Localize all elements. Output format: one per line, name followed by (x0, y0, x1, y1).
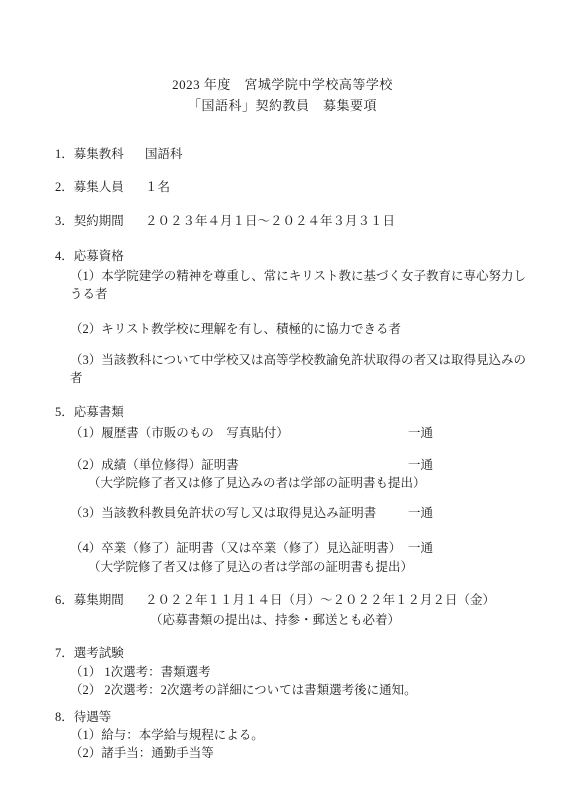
document-item-3: （3）当該教科教員免許状の写し又は取得見込み証明書 一通 (70, 504, 535, 522)
field-application-period: 6．募集期間 ２０２２年１１月１４日（月）～２０２２年１２月２日（金） (55, 591, 535, 609)
field-recruiting-subject-label: 1．募集教科 (55, 145, 145, 163)
field-application-period-label: 6．募集期間 (55, 591, 145, 609)
document-item-1: （1）履歴書（市販のもの 写真貼付） 一通 (70, 424, 535, 442)
field-application-period-value: ２０２２年１１月１４日（月）～２０２２年１２月２日（金） (145, 591, 535, 609)
document-item-4-note: （大学院修了者又は修了見込の者は学部の証明書も提出） (88, 558, 535, 576)
document-item-4-text: （4）卒業（修了）証明書（又は卒業（修了）見込証明書） (70, 541, 401, 555)
section-selection-heading: 7．選考試験 (55, 644, 535, 662)
document-body: 1．募集教科 国語科 2．募集人員 １名 3．契約期間 ２０２３年４月１日～２０… (55, 145, 535, 762)
section-qualifications-heading: 4．応募資格 (55, 247, 535, 265)
document-item-4-copies: 一通 (408, 539, 433, 557)
compensation-item-1: （1）給与：本学給与規程による。 (70, 726, 535, 744)
qualification-item-2: （2）キリスト教学校に理解を有し、積極的に協力できる者 (70, 320, 535, 338)
field-positions-label: 2．募集人員 (55, 178, 145, 196)
document-item-4: （4）卒業（修了）証明書（又は卒業（修了）見込証明書） 一通 (70, 539, 535, 557)
document-item-1-text: （1）履歴書（市販のもの 写真貼付） (70, 426, 289, 440)
document-item-2-note: （大学院修了者又は修了見込みの者は学部の証明書も提出） (88, 474, 535, 492)
selection-item-2: （2） 2次選考：2次選考の詳細については書類選考後に通知。 (70, 681, 535, 699)
selection-item-1: （1） 1次選考：書類選考 (70, 663, 535, 681)
document-item-2: （2）成績（単位修得）証明書 一通 (70, 456, 535, 474)
section-documents-heading: 5．応募書類 (55, 403, 535, 421)
compensation-item-2: （2）諸手当：通勤手当等 (70, 744, 535, 762)
field-positions-value: １名 (145, 178, 535, 196)
field-recruiting-subject: 1．募集教科 国語科 (55, 145, 535, 163)
field-contract-period-value: ２０２３年４月１日～２０２４年３月３１日 (145, 212, 535, 230)
document-title: 2023 年度 宮城学院中学校高等学校 「国語科」契約教員 募集要項 (0, 0, 565, 116)
qualification-item-1: （1）本学院建学の精神を尊重し、常にキリスト教に基づく女子教育に専心努力しうる者 (70, 267, 535, 303)
title-line-1: 2023 年度 宮城学院中学校高等学校 (0, 74, 565, 95)
field-positions: 2．募集人員 １名 (55, 178, 535, 196)
document-item-2-text: （2）成績（単位修得）証明書 (70, 458, 239, 472)
document-item-3-copies: 一通 (408, 504, 433, 522)
document-page: 2023 年度 宮城学院中学校高等学校 「国語科」契約教員 募集要項 1．募集教… (0, 0, 565, 800)
field-contract-period: 3．契約期間 ２０２３年４月１日～２０２４年３月３１日 (55, 212, 535, 230)
qualification-item-3: （3）当該教科について中学校又は高等学校教諭免許状取得の者又は取得見込みの者 (70, 351, 535, 387)
application-period-note: （応募書類の提出は、持参・郵送とも必着） (150, 611, 535, 629)
title-line-2: 「国語科」契約教員 募集要項 (0, 95, 565, 116)
field-contract-period-label: 3．契約期間 (55, 212, 145, 230)
field-recruiting-subject-value: 国語科 (145, 145, 535, 163)
document-item-3-text: （3）当該教科教員免許状の写し又は取得見込み証明書 (70, 506, 376, 520)
section-compensation-heading: 8．待遇等 (55, 708, 535, 726)
document-item-2-copies: 一通 (408, 456, 433, 474)
document-item-1-copies: 一通 (408, 424, 433, 442)
